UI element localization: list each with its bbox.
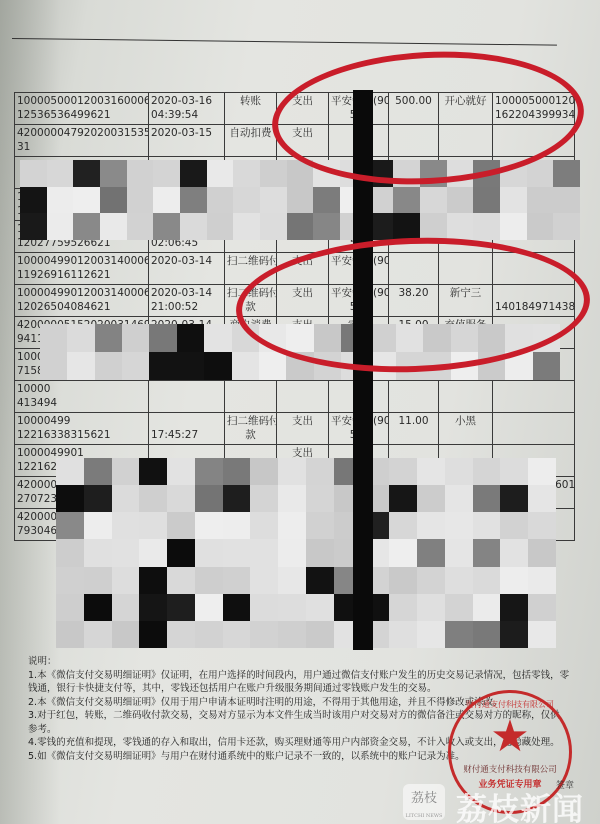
redaction-bar [353,90,373,650]
table-row: 10000715829 [15,349,575,381]
transaction-time [149,445,225,477]
merchant-order-id [493,189,575,221]
table-row: 100005000120031600069​312536536499621202… [15,93,575,125]
transaction-id: 4200000270723 [15,477,149,509]
merchant-order-id [493,381,575,413]
watermark-text: 荔枝新闻 [456,784,584,824]
transaction-id: 100004990112216267 [15,445,149,477]
transaction-direction: 支出 [277,509,329,541]
counterparty: 开心就好 [439,93,493,125]
counterparty: 开心就好 [439,221,493,253]
transaction-type: 扫二维码付款 [225,285,277,317]
transaction-id: 100005000120031500069312027759526621 [15,221,149,253]
table-row: 42000002707232.00口可乐饮料有限1052527436015840… [15,477,575,509]
header-rule [12,38,557,46]
amount [389,349,439,381]
amount: 2000.00 [389,221,439,253]
counterparty [439,189,493,221]
merchant-order-id [493,253,575,285]
counterparty [439,509,493,541]
transaction-time: 2020-03-14 [149,253,225,285]
transaction-time: 2020-03-1604:39:54 [149,93,225,125]
table-row: 10000394010030031570011000676832020-03-1… [15,189,575,221]
transaction-id: 100005000120031600069​312536536499621 [15,93,149,125]
transaction-type: 扫二维码付款 [225,413,277,445]
watermark-logo-icon: 荔枝 LITCHI NEWS [403,784,445,820]
transaction-table-container: 100005000120031600069​312536536499621202… [14,92,586,541]
transaction-direction: 支出 [277,285,329,317]
counterparty [439,253,493,285]
star-icon: ★ [451,715,569,759]
transaction-time [149,477,225,509]
merchant-order-id: 1000050001202003162204399934629 [493,93,575,125]
merchant-order-id: 140184971438651 [493,285,575,317]
table-row: 100004991221633831562117:45:27扫二维码付款支出平安… [15,413,575,445]
transaction-type [225,349,277,381]
counterparty [439,445,493,477]
table-row: 42000005152020031469529411022020-03-1411… [15,317,575,349]
transaction-type [225,189,277,221]
transaction-direction: 支出 [277,317,329,349]
amount [389,509,439,541]
transaction-direction [277,349,329,381]
transaction-id [15,157,149,189]
transaction-type: 商户消费 [225,509,277,541]
transaction-type: 转账 [225,221,277,253]
merchant-order-id [493,413,575,445]
amount: 500.00 [389,93,439,125]
table-row: 02:35:20 [15,157,575,189]
transaction-id: 10000715829 [15,349,149,381]
transaction-id: 1000049912216338315621 [15,413,149,445]
amount: 38.20 [389,285,439,317]
transaction-direction: 支出 [277,445,329,477]
transaction-direction: 支出 [277,253,329,285]
transaction-type: 转账 [225,93,277,125]
notes-title: 说明： [28,655,588,669]
seal-company: 财付通支付科技有限公司 [451,763,569,775]
merchant-order-id [493,349,575,381]
table-row: 10000413494 [15,381,575,413]
transaction-time: 17:45:27 [149,413,225,445]
seal-arc-text: 财付通支付科技有限公司 [451,699,569,710]
table-row: 420000048320793046商户消费支出 [15,509,575,541]
merchant-order-id [493,317,575,349]
transaction-id: 100004990120031400069312026504084621 [15,285,149,317]
transaction-id: 1000039401003003157001100067683 [15,189,149,221]
transaction-id: 420000048320793046 [15,509,149,541]
transaction-time: 2020-03-15 [149,125,225,157]
counterparty [439,125,493,157]
transaction-type: 商户消费 [225,317,277,349]
counterparty: 口可乐饮料有限 [439,477,493,509]
merchant-order-id [493,509,575,541]
amount [389,253,439,285]
transaction-type [225,477,277,509]
amount [389,189,439,221]
counterparty: 充值服务 [439,317,493,349]
transaction-direction: 支出 [277,413,329,445]
transaction-direction: 支出 [277,125,329,157]
transaction-id: 4200000515202003146952941102 [15,317,149,349]
transaction-type: 自动扣费 [225,125,277,157]
amount [389,445,439,477]
transaction-id: 100004990120031400069311926916112621 [15,253,149,285]
transaction-type: 扫二维码付 [225,253,277,285]
table-row: 4200000479202003153563312020-03-15自动扣费支出 [15,125,575,157]
merchant-order-id [493,157,575,189]
transaction-id: 10000413494 [15,381,149,413]
transaction-type [225,445,277,477]
counterparty: 新宁三 [439,285,493,317]
table-row: 1000049901200314000693119269161126212020… [15,253,575,285]
table-row: 1000050001200315000693120277595266212020… [15,221,575,253]
transaction-time: 2020-03-1502:06:45 [149,221,225,253]
transaction-direction: 支出 [277,93,329,125]
amount: 15.00 [389,317,439,349]
merchant-order-id: 1000050001202003 [493,221,575,253]
transaction-time [149,381,225,413]
transaction-time: 02:35:20 [149,157,225,189]
transaction-direction [277,189,329,221]
amount [389,381,439,413]
amount [389,125,439,157]
transaction-time: 2020-03-1502:35:10 [149,189,225,221]
transaction-time [149,349,225,381]
counterparty [439,381,493,413]
merchant-order-id [493,125,575,157]
transaction-id: 420000047920200315356331 [15,125,149,157]
transaction-direction [277,381,329,413]
transaction-type [225,157,277,189]
merchant-order-id: 1052527436015840?3370012 [493,477,575,509]
amount: 2.00 [389,477,439,509]
transaction-time: 2020-03-1421:00:52 [149,285,225,317]
transaction-table: 100005000120031600069​312536536499621202… [14,92,575,541]
notes-line: 1.本《微信支付交易明细证明》仅证明，在用户选择的时间段内，用户通过微信支付账户… [28,669,588,683]
transaction-direction: 支出 [277,221,329,253]
table-row: 100004990112216267支出 [15,445,575,477]
counterparty: 小黑 [439,413,493,445]
amount: 11.00 [389,413,439,445]
counterparty [439,157,493,189]
counterparty [439,349,493,381]
table-row: 1000049901200314000693120265040846212020… [15,285,575,317]
transaction-time: 2020-03-1411:56:48 [149,317,225,349]
transaction-time [149,509,225,541]
amount [389,157,439,189]
transaction-type [225,381,277,413]
transaction-direction [277,477,329,509]
merchant-order-id [493,445,575,477]
transaction-direction [277,157,329,189]
